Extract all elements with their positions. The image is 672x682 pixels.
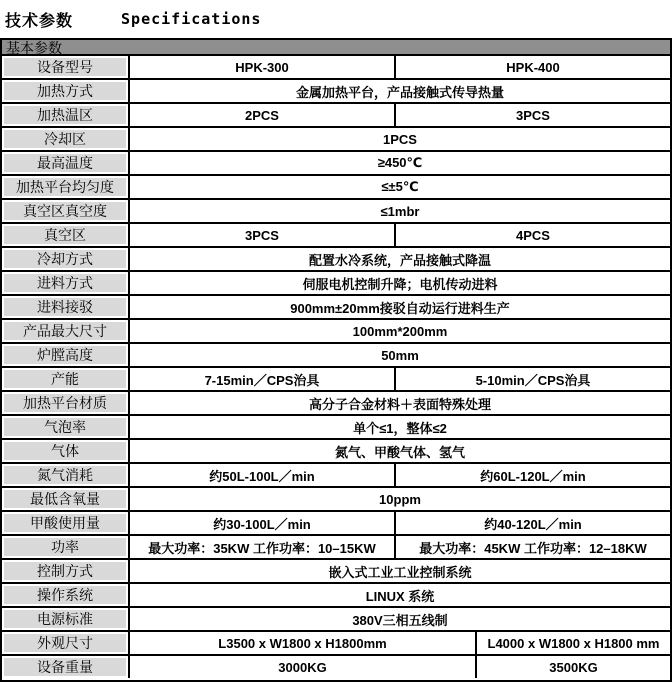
value-cell-span: ≥450℃ <box>130 152 670 174</box>
table-row: 气泡率单个≤1，整体≤2 <box>2 416 670 440</box>
table-row: 真空区3PCS4PCS <box>2 224 670 248</box>
table-row: 设备型号HPK-300HPK-400 <box>2 56 670 80</box>
table-row: 功率最大功率：35KW 工作功率：10–15KW最大功率：45KW 工作功率：1… <box>2 536 670 560</box>
row-values: L3500 x W1800 x H1800mmL4000 x W1800 x H… <box>130 632 670 654</box>
table-row: 设备重量3000KG3500KG <box>2 656 670 678</box>
value-cell-span: ≤1mbr <box>130 200 670 222</box>
table-body: 设备型号HPK-300HPK-400加热方式金属加热平台，产品接触式传导热量加热… <box>2 56 670 678</box>
table-row: 产品最大尺寸100mm*200mm <box>2 320 670 344</box>
row-values: 高分子合金材料＋表面特殊处理 <box>130 392 670 414</box>
table-row: 控制方式嵌入式工业工业控制系统 <box>2 560 670 584</box>
value-cell-span: LINUX 系统 <box>130 584 670 606</box>
row-label: 加热平台材质 <box>2 392 130 414</box>
table-row: 冷却区1PCS <box>2 128 670 152</box>
row-label: 加热温区 <box>2 104 130 126</box>
value-cell-span: 10ppm <box>130 488 670 510</box>
row-label: 功率 <box>2 536 130 558</box>
row-values: 380V三相五线制 <box>130 608 670 630</box>
table-row: 真空区真空度≤1mbr <box>2 200 670 224</box>
row-label: 产品最大尺寸 <box>2 320 130 342</box>
table-row: 最高温度≥450℃ <box>2 152 670 176</box>
table-row: 加热平台材质高分子合金材料＋表面特殊处理 <box>2 392 670 416</box>
value-cell-left: 约30-100L／min <box>130 512 396 534</box>
table-row: 外观尺寸L3500 x W1800 x H1800mmL4000 x W1800… <box>2 632 670 656</box>
row-values: 100mm*200mm <box>130 320 670 342</box>
row-values: 1PCS <box>130 128 670 150</box>
value-cell-left: 约50L-100L／min <box>130 464 396 486</box>
value-cell-right: 5-10min／CPS治具 <box>396 368 670 390</box>
value-cell-span: 1PCS <box>130 128 670 150</box>
spec-table: 基本参数 设备型号HPK-300HPK-400加热方式金属加热平台，产品接触式传… <box>0 38 672 682</box>
value-cell-right: 约40-120L／min <box>396 512 670 534</box>
value-cell-left: L3500 x W1800 x H1800mm <box>130 632 477 654</box>
section-header: 基本参数 <box>2 40 670 56</box>
row-values: 伺服电机控制升降；电机传动进料 <box>130 272 670 294</box>
table-row: 电源标准380V三相五线制 <box>2 608 670 632</box>
row-values: ≤1mbr <box>130 200 670 222</box>
row-values: 900mm±20mm接驳自动运行进料生产 <box>130 296 670 318</box>
value-cell-right: 最大功率：45KW 工作功率：12–18KW <box>396 536 670 558</box>
row-label: 冷却方式 <box>2 248 130 270</box>
row-values: 氮气、甲酸气体、氢气 <box>130 440 670 462</box>
row-values: 约30-100L／min约40-120L／min <box>130 512 670 534</box>
row-label: 设备重量 <box>2 656 130 678</box>
value-cell-span: 高分子合金材料＋表面特殊处理 <box>130 392 670 414</box>
row-label: 真空区 <box>2 224 130 246</box>
row-values: 配置水冷系统，产品接触式降温 <box>130 248 670 270</box>
row-label: 设备型号 <box>2 56 130 78</box>
table-row: 进料接驳900mm±20mm接驳自动运行进料生产 <box>2 296 670 320</box>
value-cell-left: 7-15min／CPS治具 <box>130 368 396 390</box>
table-row: 甲酸使用量约30-100L／min约40-120L／min <box>2 512 670 536</box>
row-values: 3000KG3500KG <box>130 656 670 678</box>
row-values: LINUX 系统 <box>130 584 670 606</box>
row-label: 最低含氧量 <box>2 488 130 510</box>
row-values: 最大功率：35KW 工作功率：10–15KW最大功率：45KW 工作功率：12–… <box>130 536 670 558</box>
table-row: 加热方式金属加热平台，产品接触式传导热量 <box>2 80 670 104</box>
row-label: 操作系统 <box>2 584 130 606</box>
table-row: 冷却方式配置水冷系统，产品接触式降温 <box>2 248 670 272</box>
row-values: ≤±5℃ <box>130 176 670 198</box>
row-values: 3PCS4PCS <box>130 224 670 246</box>
row-values: 10ppm <box>130 488 670 510</box>
value-cell-span: 900mm±20mm接驳自动运行进料生产 <box>130 296 670 318</box>
table-row: 加热平台均匀度≤±5℃ <box>2 176 670 200</box>
row-label: 气体 <box>2 440 130 462</box>
table-row: 产能7-15min／CPS治具5-10min／CPS治具 <box>2 368 670 392</box>
row-values: 2PCS3PCS <box>130 104 670 126</box>
table-row: 操作系统LINUX 系统 <box>2 584 670 608</box>
row-values: 50mm <box>130 344 670 366</box>
row-label: 气泡率 <box>2 416 130 438</box>
value-cell-span: 嵌入式工业工业控制系统 <box>130 560 670 582</box>
row-label: 进料接驳 <box>2 296 130 318</box>
row-values: 嵌入式工业工业控制系统 <box>130 560 670 582</box>
page-title: 技术参数 Specifications <box>0 0 672 38</box>
row-values: 金属加热平台，产品接触式传导热量 <box>130 80 670 102</box>
row-label: 甲酸使用量 <box>2 512 130 534</box>
row-values: 约50L-100L／min约60L-120L／min <box>130 464 670 486</box>
table-row: 最低含氧量10ppm <box>2 488 670 512</box>
value-cell-span: 100mm*200mm <box>130 320 670 342</box>
value-cell-span: 氮气、甲酸气体、氢气 <box>130 440 670 462</box>
row-label: 外观尺寸 <box>2 632 130 654</box>
title-english: Specifications <box>121 10 261 28</box>
row-values: ≥450℃ <box>130 152 670 174</box>
row-label: 加热方式 <box>2 80 130 102</box>
row-label: 进料方式 <box>2 272 130 294</box>
value-cell-right: 3PCS <box>396 104 670 126</box>
row-values: HPK-300HPK-400 <box>130 56 670 78</box>
value-cell-left: 2PCS <box>130 104 396 126</box>
value-cell-right: 4PCS <box>396 224 670 246</box>
row-label: 炉膛高度 <box>2 344 130 366</box>
row-label: 真空区真空度 <box>2 200 130 222</box>
value-cell-right: HPK-400 <box>396 56 670 78</box>
row-label: 最高温度 <box>2 152 130 174</box>
value-cell-right: L4000 x W1800 x H1800 mm <box>477 632 670 654</box>
row-values: 7-15min／CPS治具5-10min／CPS治具 <box>130 368 670 390</box>
row-values: 单个≤1，整体≤2 <box>130 416 670 438</box>
value-cell-left: HPK-300 <box>130 56 396 78</box>
row-label: 控制方式 <box>2 560 130 582</box>
value-cell-span: ≤±5℃ <box>130 176 670 198</box>
row-label: 氮气消耗 <box>2 464 130 486</box>
value-cell-right: 3500KG <box>477 656 670 678</box>
table-row: 加热温区2PCS3PCS <box>2 104 670 128</box>
table-row: 炉膛高度50mm <box>2 344 670 368</box>
title-chinese: 技术参数 <box>5 8 73 31</box>
value-cell-left: 3PCS <box>130 224 396 246</box>
table-row: 进料方式伺服电机控制升降；电机传动进料 <box>2 272 670 296</box>
value-cell-left: 3000KG <box>130 656 477 678</box>
row-label: 产能 <box>2 368 130 390</box>
value-cell-span: 伺服电机控制升降；电机传动进料 <box>130 272 670 294</box>
row-label: 冷却区 <box>2 128 130 150</box>
value-cell-span: 金属加热平台，产品接触式传导热量 <box>130 80 670 102</box>
value-cell-span: 单个≤1，整体≤2 <box>130 416 670 438</box>
row-label: 电源标准 <box>2 608 130 630</box>
value-cell-right: 约60L-120L／min <box>396 464 670 486</box>
value-cell-span: 配置水冷系统，产品接触式降温 <box>130 248 670 270</box>
table-row: 氮气消耗约50L-100L／min约60L-120L／min <box>2 464 670 488</box>
value-cell-span: 380V三相五线制 <box>130 608 670 630</box>
value-cell-left: 最大功率：35KW 工作功率：10–15KW <box>130 536 396 558</box>
row-label: 加热平台均匀度 <box>2 176 130 198</box>
table-row: 气体氮气、甲酸气体、氢气 <box>2 440 670 464</box>
value-cell-span: 50mm <box>130 344 670 366</box>
